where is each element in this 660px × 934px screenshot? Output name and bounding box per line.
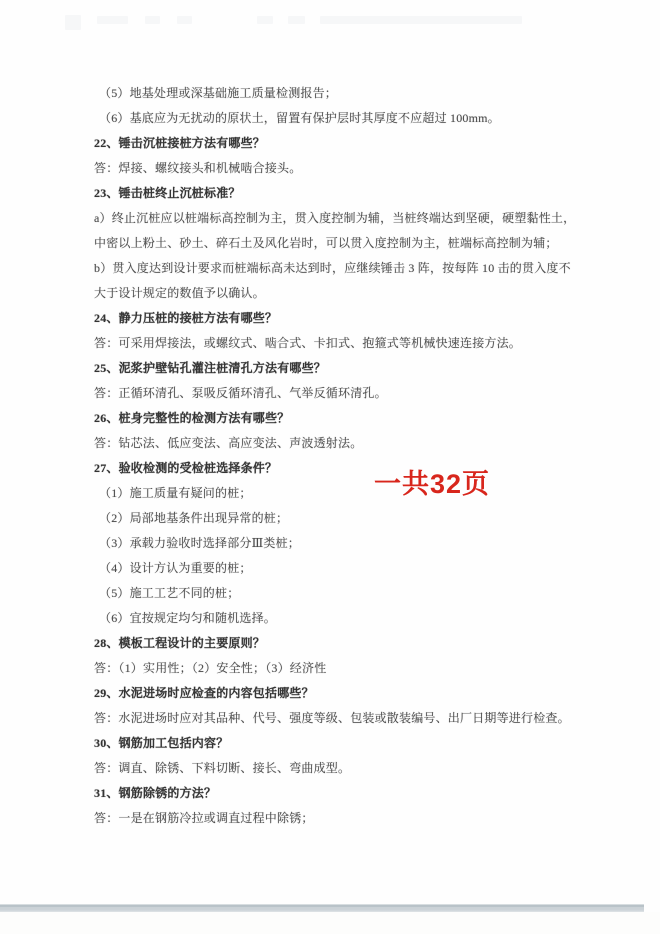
question-line: 29、水泥进场时应检查的内容包括哪些？ [94,681,604,706]
scanned-document-page: { "annotation": { "page_count_label": "一… [0,0,660,934]
question-line: 24、静力压桩的接桩方法有哪些？ [94,306,604,331]
faded-toolbar [0,0,660,40]
page-separator [0,904,644,912]
question-line: 27、验收检测的受检桩选择条件？ [94,456,604,481]
question-line: 25、泥浆护壁钻孔灌注桩清孔方法有哪些？ [94,356,604,381]
question-line: 30、钢筋加工包括内容？ [94,731,604,756]
question-line: 26、桩身完整性的检测方法有哪些？ [94,406,604,431]
question-line: 22、锤击沉桩接桩方法有哪些？ [94,131,604,156]
question-line: 28、模板工程设计的主要原则？ [94,631,604,656]
faded-toolbar-block [97,16,128,24]
answer-line: 中密以上粉土、砂土、碎石土及风化岩时，可以贯入度控制为主，桩端标高控制为辅； [94,231,604,256]
answer-line: 答：水泥进场时应对其品种、代号、强度等级、包装或散装编号、出厂日期等进行检查。 [94,706,604,731]
doc-line: （6）基底应为无扰动的原状土，留置有保护层时其厚度不应超过 100mm。 [94,106,604,131]
faded-toolbar-block [288,16,305,24]
faded-toolbar-block [145,16,160,24]
answer-line: 大于设计规定的数值予以确认。 [94,281,604,306]
faded-toolbar-bar [320,16,522,24]
answer-line: 答：调直、除锈、下料切断、接长、弯曲成型。 [94,756,604,781]
faded-toolbar-block [177,16,192,24]
faded-toolbar-icon [65,15,81,30]
list-item-line: （2）局部地基条件出现异常的桩； [94,506,604,531]
list-item-line: （5）施工工艺不同的桩； [94,581,604,606]
next-page-gap [0,912,660,934]
list-item-line: （6）宜按规定均匀和随机选择。 [94,606,604,631]
list-item-line: （1）施工质量有疑问的桩； [94,481,604,506]
answer-line: 答：焊接、螺纹接头和机械啮合接头。 [94,156,604,181]
answer-line: a）终止沉桩应以桩端标高控制为主，贯入度控制为辅，当桩终端达到坚硬，硬塑黏性土， [94,206,604,231]
answer-line: 答：正循环清孔、泵吸反循环清孔、气举反循环清孔。 [94,381,604,406]
doc-line: （5）地基处理或深基础施工质量检测报告； [94,81,604,106]
answer-line: 答：钻芯法、低应变法、高应变法、声波透射法。 [94,431,604,456]
list-item-line: （4）设计方认为重要的桩； [94,556,604,581]
question-line: 31、钢筋除锈的方法？ [94,781,604,806]
document-text-block: （5）地基处理或深基础施工质量检测报告； （6）基底应为无扰动的原状土，留置有保… [94,81,604,831]
page-count-annotation: 一共32页 [374,469,490,500]
list-item-line: （3）承载力验收时选择部分Ⅲ类桩； [94,531,604,556]
answer-line: 答：一是在钢筋冷拉或调直过程中除锈； [94,806,604,831]
answer-line: 答：（1）实用性；（2）安全性；（3）经济性 [94,656,604,681]
answer-line: b）贯入度达到设计要求而桩端标高未达到时，应继续锤击 3 阵，按每阵 10 击的… [94,256,604,281]
question-line: 23、锤击桩终止沉桩标准？ [94,181,604,206]
faded-toolbar-block [257,16,273,24]
answer-line: 答：可采用焊接法，或螺纹式、啮合式、卡扣式、抱箍式等机械快速连接方法。 [94,331,604,356]
